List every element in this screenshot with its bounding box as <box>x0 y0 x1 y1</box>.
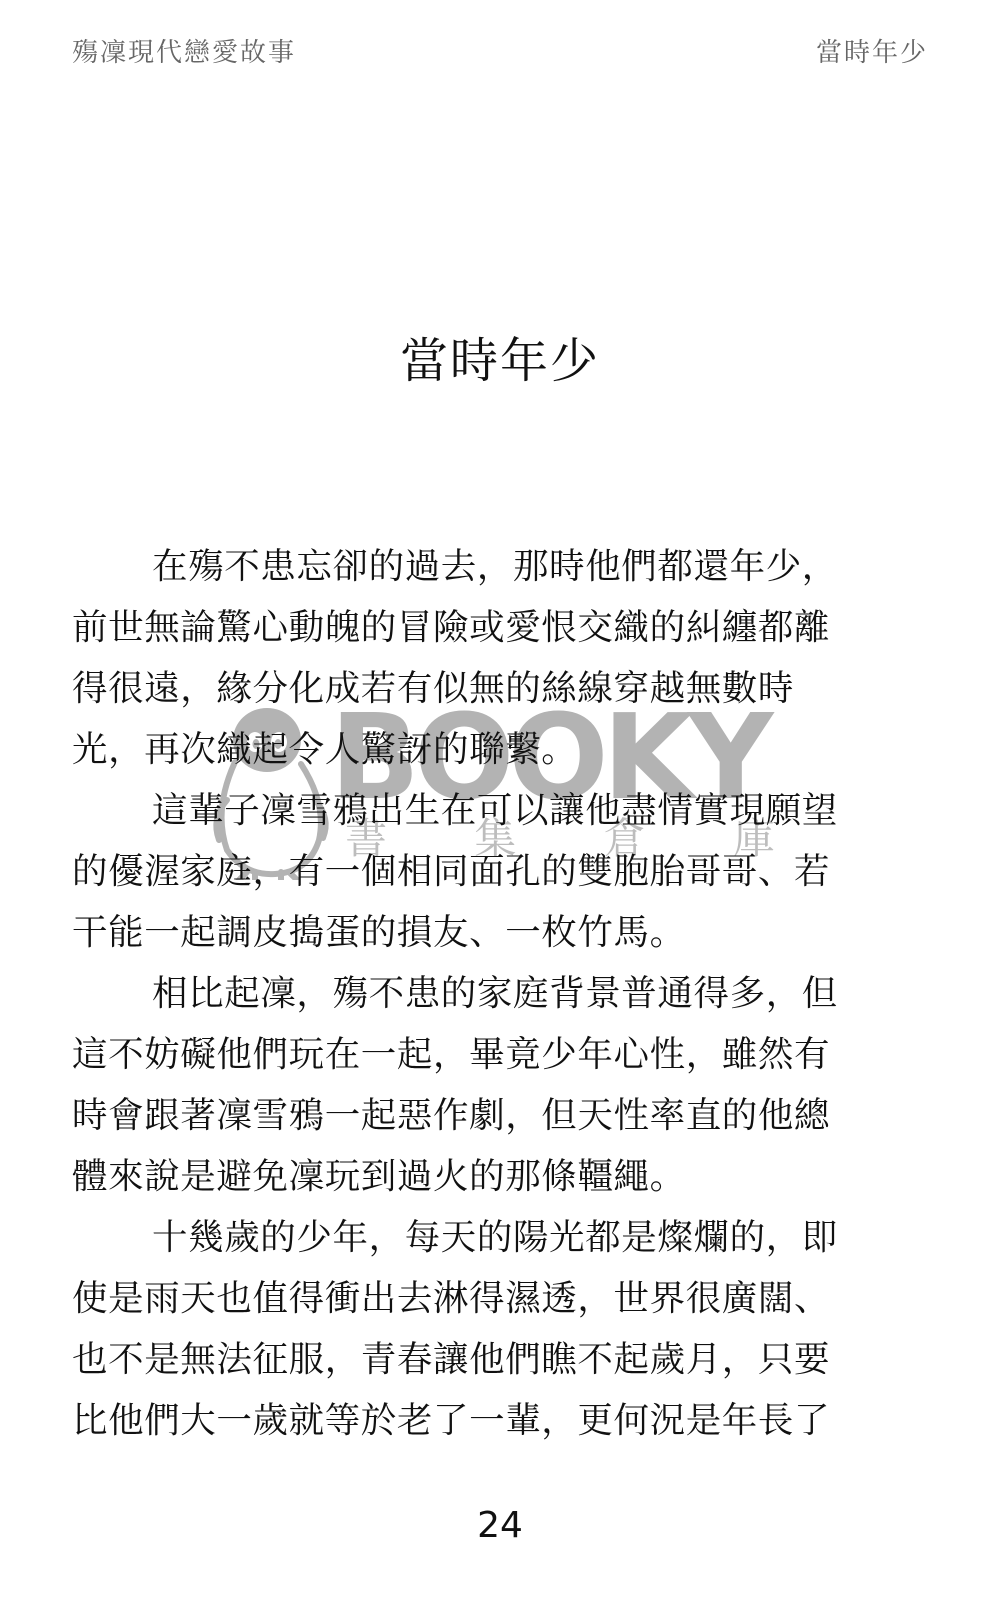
running-header: 殤凜現代戀愛故事 當時年少 <box>72 30 928 70</box>
text-line: 使是雨天也值得衝出去淋得濕透，世界很廣闊、 <box>72 1268 912 1329</box>
paragraph: 在殤不患忘卻的過去，那時他們都還年少， 前世無論驚心動魄的冒險或愛恨交織的糾纏都… <box>72 536 912 780</box>
page-number: 24 <box>0 1505 1000 1546</box>
chapter-running-title: 當時年少 <box>816 32 928 69</box>
book-title: 殤凜現代戀愛故事 <box>72 32 296 69</box>
text-line: 這不妨礙他們玩在一起，畢竟少年心性，雖然有 <box>72 1024 912 1085</box>
paragraph: 十幾歲的少年，每天的陽光都是燦爛的，即 使是雨天也值得衝出去淋得濕透，世界很廣闊… <box>72 1207 912 1451</box>
text-line: 十幾歲的少年，每天的陽光都是燦爛的，即 <box>72 1207 912 1268</box>
paragraph: 這輩子凜雪鴉出生在可以讓他盡情實現願望 的優渥家庭，有一個相同面孔的雙胞胎哥哥、… <box>72 780 912 963</box>
text-line: 干能一起調皮搗蛋的損友、一枚竹馬。 <box>72 902 912 963</box>
text-line: 得很遠，緣分化成若有似無的絲線穿越無數時 <box>72 658 912 719</box>
chapter-body: 在殤不患忘卻的過去，那時他們都還年少， 前世無論驚心動魄的冒險或愛恨交織的糾纏都… <box>72 536 912 1451</box>
text-line: 光，再次織起令人驚訝的聯繫。 <box>72 719 912 780</box>
text-line: 前世無論驚心動魄的冒險或愛恨交織的糾纏都離 <box>72 597 912 658</box>
text-line: 比他們大一歲就等於老了一輩，更何況是年長了 <box>72 1390 912 1451</box>
text-line: 相比起凜，殤不患的家庭背景普通得多，但 <box>72 963 912 1024</box>
paragraph: 相比起凜，殤不患的家庭背景普通得多，但 這不妨礙他們玩在一起，畢竟少年心性，雖然… <box>72 963 912 1207</box>
text-line: 時會跟著凜雪鴉一起惡作劇，但天性率直的他總 <box>72 1085 912 1146</box>
text-line: 的優渥家庭，有一個相同面孔的雙胞胎哥哥、若 <box>72 841 912 902</box>
text-line: 在殤不患忘卻的過去，那時他們都還年少， <box>72 536 912 597</box>
text-line: 體來說是避免凜玩到過火的那條韁繩。 <box>72 1146 912 1207</box>
chapter-title: 當時年少 <box>0 322 1000 391</box>
text-line: 也不是無法征服，青春讓他們瞧不起歲月，只要 <box>72 1329 912 1390</box>
text-line: 這輩子凜雪鴉出生在可以讓他盡情實現願望 <box>72 780 912 841</box>
